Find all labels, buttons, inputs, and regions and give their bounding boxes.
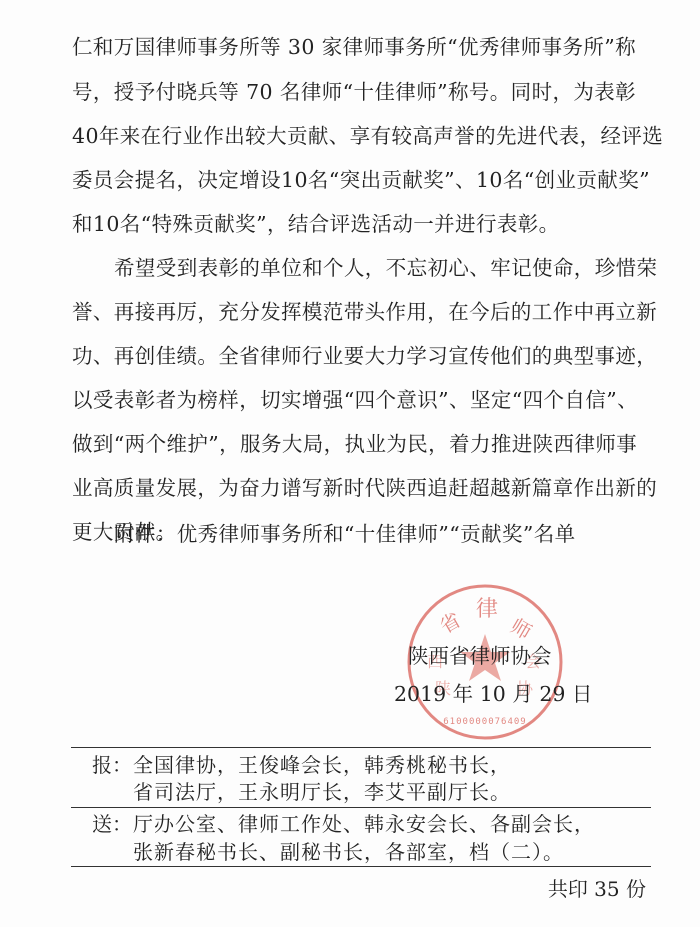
body-line: 委员会提名，决定增设10名“突出贡献奖”、10名“创业贡献奖” xyxy=(72,166,652,194)
body-line: 和10名“特殊贡献奖”，结合评选活动一并进行表彰。 xyxy=(72,210,652,238)
body-line: 号，授予付晓兵等 70 名律师“十佳律师”称号。同时，为表彰 xyxy=(72,78,652,106)
svg-text:6100000076409: 6100000076409 xyxy=(443,717,526,727)
send-line: 厅办公室、律师工作处、韩永安会长、各副会长， xyxy=(133,810,595,838)
report-label: 报： xyxy=(92,751,132,779)
attachment-note: 附件：优秀律师事务所和“十佳律师”“贡献奖”名单 xyxy=(114,520,694,548)
body-line: 业高质量发展，为奋力谱写新时代陕西追赶超越新篇章作出新的 xyxy=(72,474,652,502)
signing-date: 2019 年 10 月 29 日 xyxy=(394,680,592,708)
svg-text:师: 师 xyxy=(507,614,536,645)
svg-text:律: 律 xyxy=(476,597,498,622)
report-line: 省司法厅，王永明厅长，李艾平副厅长。 xyxy=(133,778,511,806)
body-line: 功、再创佳绩。全省律师行业要大力学习宣传他们的典型事迹， xyxy=(72,342,652,370)
divider xyxy=(71,807,651,808)
body-line: 仁和万国律师事务所等 30 家律师事务所“优秀律师事务所”称 xyxy=(72,33,652,61)
send-label: 送： xyxy=(92,810,132,838)
body-line: 以受表彰者为榜样，切实增强“四个意识”、坚定“四个自信”、 xyxy=(72,386,652,414)
signing-organization: 陕西省律师协会 xyxy=(408,642,552,670)
copies-count: 共印 35 份 xyxy=(548,875,646,903)
report-line: 全国律协，王俊峰会长，韩秀桃秘书长， xyxy=(133,751,511,779)
send-line: 张新春秘书长、副秘书长，各部室，档（二）。 xyxy=(133,838,564,866)
body-line: 希望受到表彰的单位和个人，不忘初心、牢记使命，珍惜荣 xyxy=(114,254,694,282)
document-page: 仁和万国律师事务所等 30 家律师事务所“优秀律师事务所”称 号，授予付晓兵等 … xyxy=(0,0,700,927)
divider xyxy=(71,747,651,748)
body-line: 誉、再接再厉，充分发挥模范带头作用，在今后的工作中再立新 xyxy=(72,298,652,326)
body-line: 40年来在行业作出较大贡献、享有较高声誉的先进代表，经评选 xyxy=(72,122,652,150)
body-line: 做到“两个维护”，服务大局，执业为民，着力推进陕西律师事 xyxy=(72,430,652,458)
divider xyxy=(71,866,651,867)
svg-text:省: 省 xyxy=(436,608,465,639)
